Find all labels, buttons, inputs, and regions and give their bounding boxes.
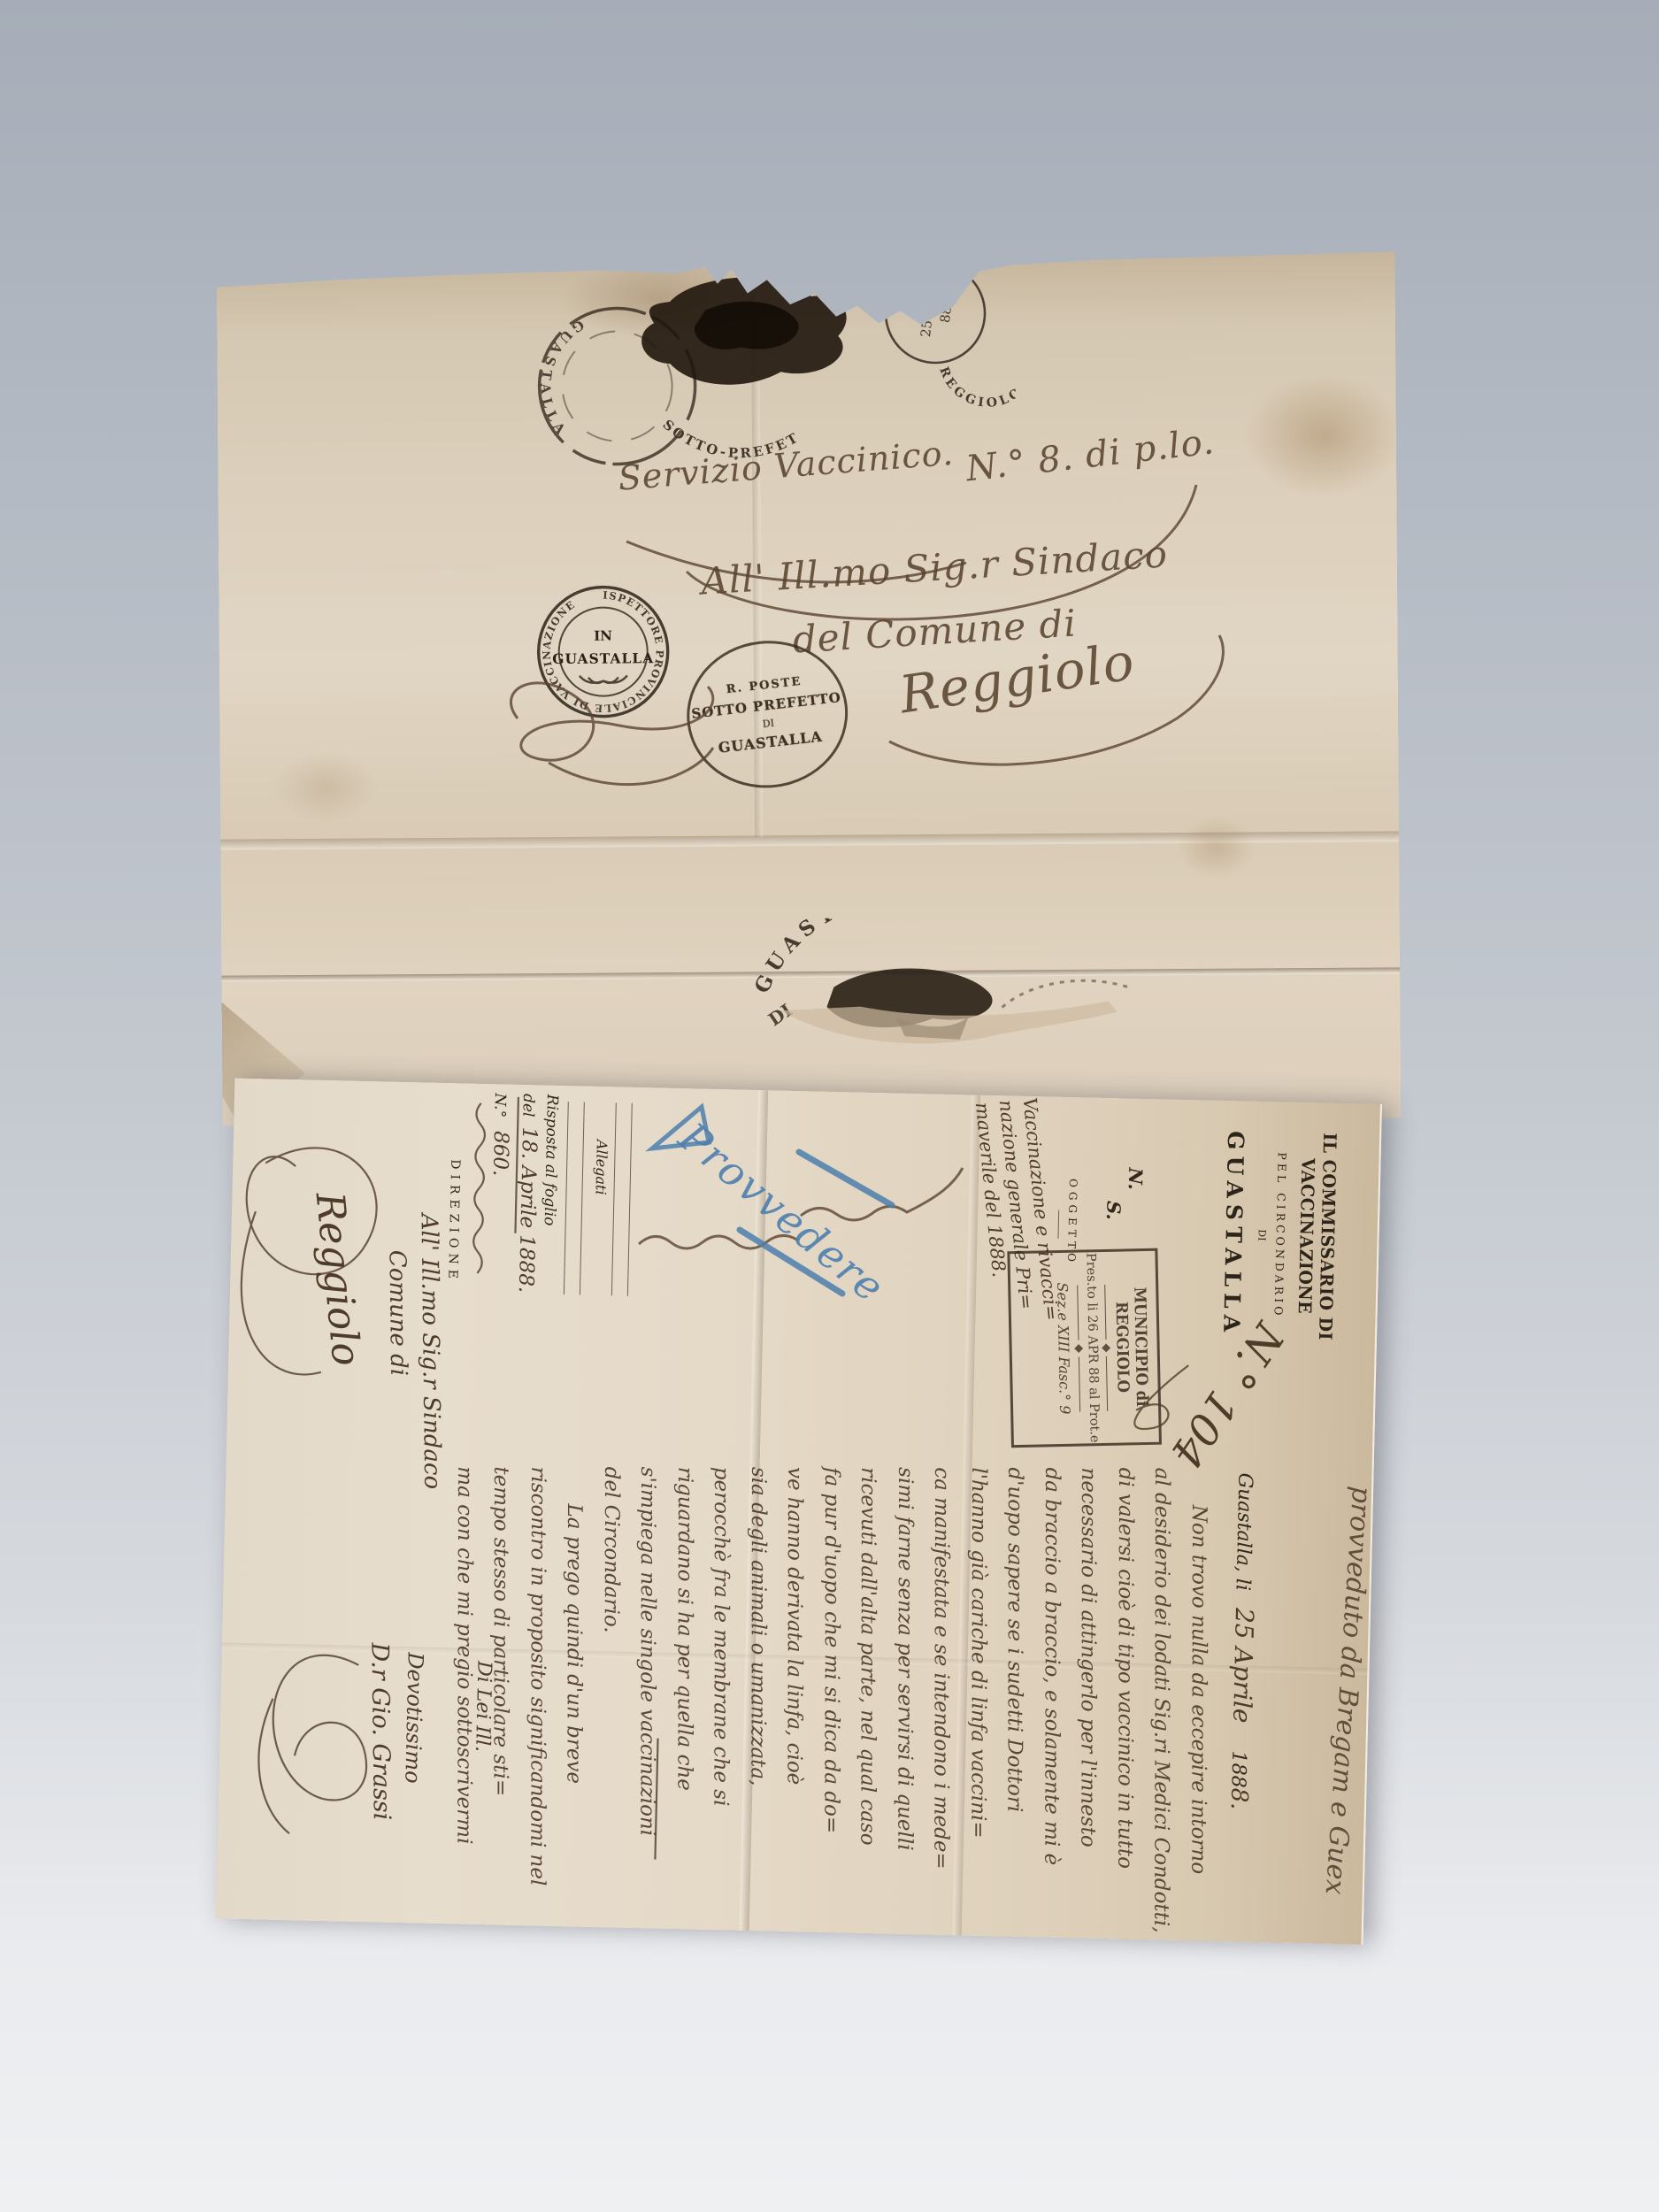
dispatch-note-flourish bbox=[687, 485, 1196, 619]
envelope-signature-squiggle bbox=[511, 683, 712, 760]
blue-underline-stroke bbox=[799, 1152, 892, 1205]
handwriting-flourish-overlay bbox=[0, 0, 1659, 2212]
reggiolo-envelope-flourish bbox=[889, 635, 1223, 764]
photograph-of-historic-letter: GUASTALLA SOTTO-PREFET REGGIOLO 25 APR 8… bbox=[0, 0, 1659, 2212]
ink-squiggle bbox=[801, 1168, 963, 1220]
envelope-signature-squiggle bbox=[549, 748, 713, 785]
service-note-underline bbox=[626, 541, 966, 582]
